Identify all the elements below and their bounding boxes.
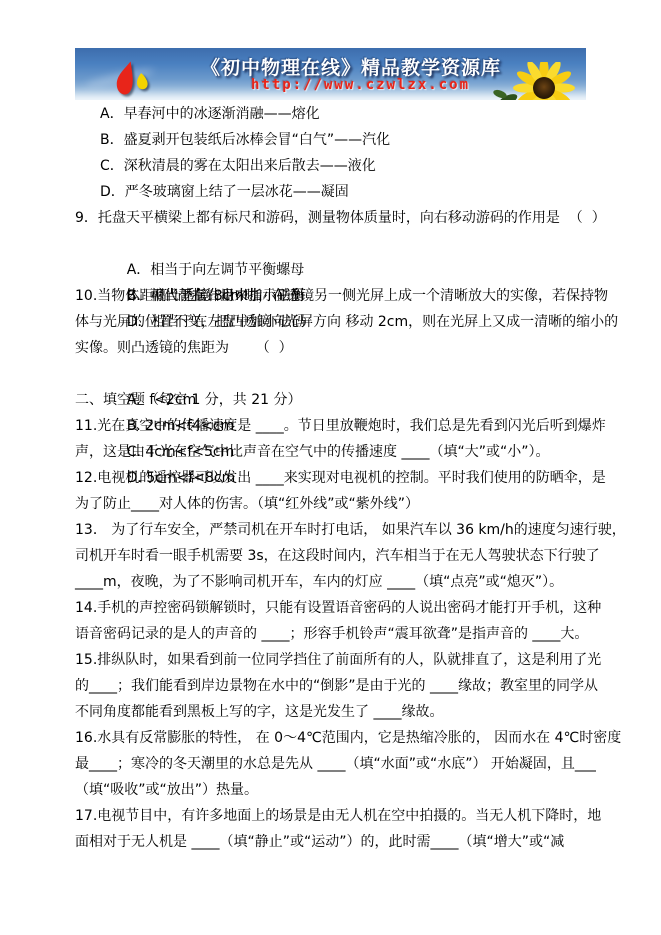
- q16-line-2: 最____；寒冷的冬天潮里的水总是先从 ____（填“水面”或“水底”） 开始凝…: [75, 751, 587, 777]
- q12-line-1: 12.电视机的遥控器可以发出 ____来实现对电视机的控制。平时我们使用的防晒伞…: [75, 465, 587, 491]
- q12-line-2: 为了防止____对人体的伤害。（填“红外线”或“紫外线”）: [75, 491, 587, 517]
- q10-stem-line-3: 实像。则凸透镜的焦距为 （ ）: [75, 335, 587, 361]
- flame-logo-icon: [111, 60, 159, 100]
- q8-option-d: D．严冬玻璃窗上结了一层冰花——凝固: [75, 179, 587, 205]
- q15-line-2: 的____；我们能看到岸边景物在水中的“倒影”是由于光的 ____缘故；教室里的…: [75, 673, 587, 699]
- site-title: 《初中物理在线》精品教学资源库: [201, 53, 501, 80]
- q11-line-2: 声，这是由于光在空气中比声音在空气中的传播速度 ____（填“大”或“小”）。: [75, 439, 587, 465]
- q9-options-row-1: A．相当于向左调节平衡螺母 B．可代替指针用来指示平衡: [75, 231, 587, 257]
- q15-line-3: 不同角度都能看到黑板上写的字，这是光发生了 ____缘故。: [75, 699, 587, 725]
- q13-line-2: 司机开车时看一眼手机需要 3s，在这段时间内，汽车相当于在无人驾驶状态下行驶了: [75, 543, 587, 569]
- q11-line-1: 11.光在真空中的传播速度是 ____。节日里放鞭炮时，我们总是先看到闪光后听到…: [75, 413, 587, 439]
- exam-document-page: 《初中物理在线》精品教学资源库 http://www.czwlzx.com: [0, 0, 661, 935]
- q16-line-1: 16.水具有反常膨胀的特性， 在 0～4℃范围内，它是热缩冷胀的， 因而水在 4…: [75, 725, 587, 751]
- q17-line-1: 17.电视节目中，有许多地面上的场景是由无人机在空中拍摄的。当无人机下降时，地: [75, 803, 587, 829]
- q13-line-1: 13． 为了行车安全，严禁司机在开车时打电话， 如果汽车以 36 km/h的速度…: [75, 517, 587, 543]
- site-url-link[interactable]: http://www.czwlzx.com: [251, 77, 470, 93]
- q8-option-a: A．早春河中的冰逐渐消融——熔化: [75, 101, 587, 127]
- section-2-heading: 二、填空题（每空 1 分，共 21 分）: [75, 387, 587, 413]
- q17-line-2: 面相对于无人机是 ____（填“静止”或“运动”）的，此时需____（填“增大”…: [75, 829, 587, 855]
- q16-line-3: （填“吸收”或“放出”）热量。: [75, 777, 587, 803]
- q9-option-a: A．相当于向左调节平衡螺母: [127, 257, 326, 283]
- site-banner[interactable]: 《初中物理在线》精品教学资源库 http://www.czwlzx.com: [75, 48, 586, 100]
- q14-line-2: 语音密码记录的是人的声音的 ____；形容手机铃声“震耳欲聋”是指声音的 ___…: [75, 621, 587, 647]
- q10-options-row: A. f<2cm B. 2cm<f4<cm C. 4cm<f<5cm D. 5c…: [75, 361, 587, 387]
- exam-body: A．早春河中的冰逐渐消融——熔化 B．盛夏剥开包装纸后冰棒会冒“白气”——汽化 …: [75, 101, 587, 855]
- sunflower-image: [486, 62, 586, 100]
- q9-stem: 9．托盘天平横梁上都有标尺和游码，测量物体质量时，向右移动游码的作用是 （ ）: [75, 205, 587, 231]
- q10-stem-line-2: 体与光屏的位置不变，把凸透镜向光屏方向 移动 2cm，则在光屏上又成一清晰的缩小…: [75, 309, 587, 335]
- q10-stem-line-1: 10.当物体距离凸透镜 8cm时，在透镜另一侧光屏上成一个清晰放大的实像，若保持…: [75, 283, 587, 309]
- q13-line-3: ____m，夜晚，为了不影响司机开车，车内的灯应 ____（填“点亮”或“熄灭”…: [75, 569, 587, 595]
- q8-option-c: C．深秋清晨的雾在太阳出来后散去——液化: [75, 153, 587, 179]
- q15-line-1: 15.排纵队时，如果看到前一位同学挡住了前面所有的人，队就排直了，这是利用了光: [75, 647, 587, 673]
- q14-line-1: 14.手机的声控密码锁解锁时，只能有设置语音密码的人说出密码才能打开手机，这种: [75, 595, 587, 621]
- q8-option-b: B．盛夏剥开包装纸后冰棒会冒“白气”——汽化: [75, 127, 587, 153]
